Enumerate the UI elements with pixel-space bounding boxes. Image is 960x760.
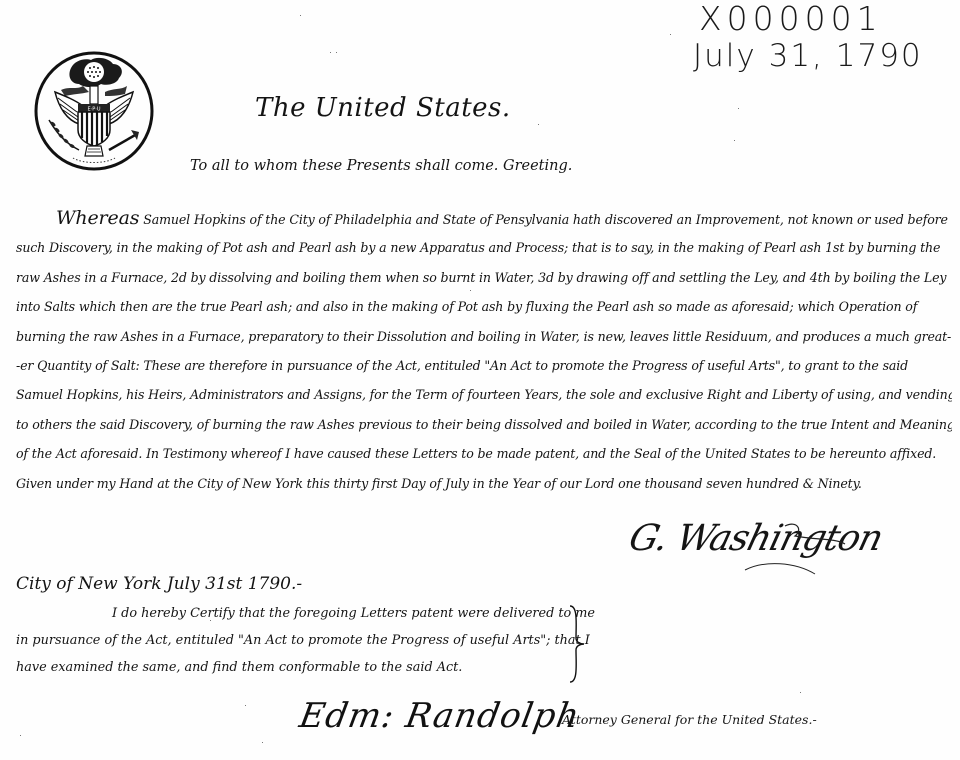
greeting-line: To all to whom these Presents shall come…	[190, 158, 572, 174]
certification-line: in pursuance of the Act, entituled "An A…	[16, 627, 595, 654]
body-line: to others the said Discovery, of burning…	[16, 410, 952, 439]
body-line-text: Samuel Hopkins of the City of Philadelph…	[139, 212, 947, 227]
body-line: burning the raw Ashes in a Furnace, prep…	[16, 322, 952, 351]
patent-number: X000001	[699, 2, 923, 35]
randolph-signature: Edm: Randolph	[296, 696, 582, 736]
certification-line: I do hereby Certify that the foregoing L…	[16, 600, 595, 627]
attorney-general-title: Attorney General for the United States.-	[562, 712, 817, 727]
great-seal-of-united-states-icon: E·P·U	[33, 50, 155, 172]
opening-word: Whereas	[56, 207, 139, 229]
body-line: Given under my Hand at the City of New Y…	[16, 469, 952, 498]
body-line: -er Quantity of Salt: These are therefor…	[16, 351, 952, 380]
patent-date: July 31, 1790	[693, 41, 923, 72]
body-line: of the Act aforesaid. In Testimony where…	[16, 439, 952, 468]
body-line: Whereas Samuel Hopkins of the City of Ph…	[16, 204, 952, 233]
right-brace-icon	[568, 604, 586, 684]
certification-text: I do hereby Certify that the foregoing L…	[16, 600, 595, 681]
body-line: Samuel Hopkins, his Heirs, Administrator…	[16, 380, 952, 409]
patent-document-page: E·P·U X000001 July 31, 17	[0, 0, 960, 760]
catalog-annotation: X000001 July 31, 1790	[693, 2, 923, 72]
signature-flourish-icon	[635, 520, 895, 576]
certification-line: have examined the same, and find them co…	[16, 654, 595, 681]
patent-body: Whereas Samuel Hopkins of the City of Ph…	[16, 204, 952, 498]
body-line: into Salts which then are the true Pearl…	[16, 292, 952, 321]
document-title: The United States.	[255, 93, 511, 123]
certification-place-date: City of New York July 31st 1790.-	[16, 574, 302, 594]
body-line: such Discovery, in the making of Pot ash…	[16, 233, 952, 262]
body-line: raw Ashes in a Furnace, 2d by dissolving…	[16, 263, 952, 292]
